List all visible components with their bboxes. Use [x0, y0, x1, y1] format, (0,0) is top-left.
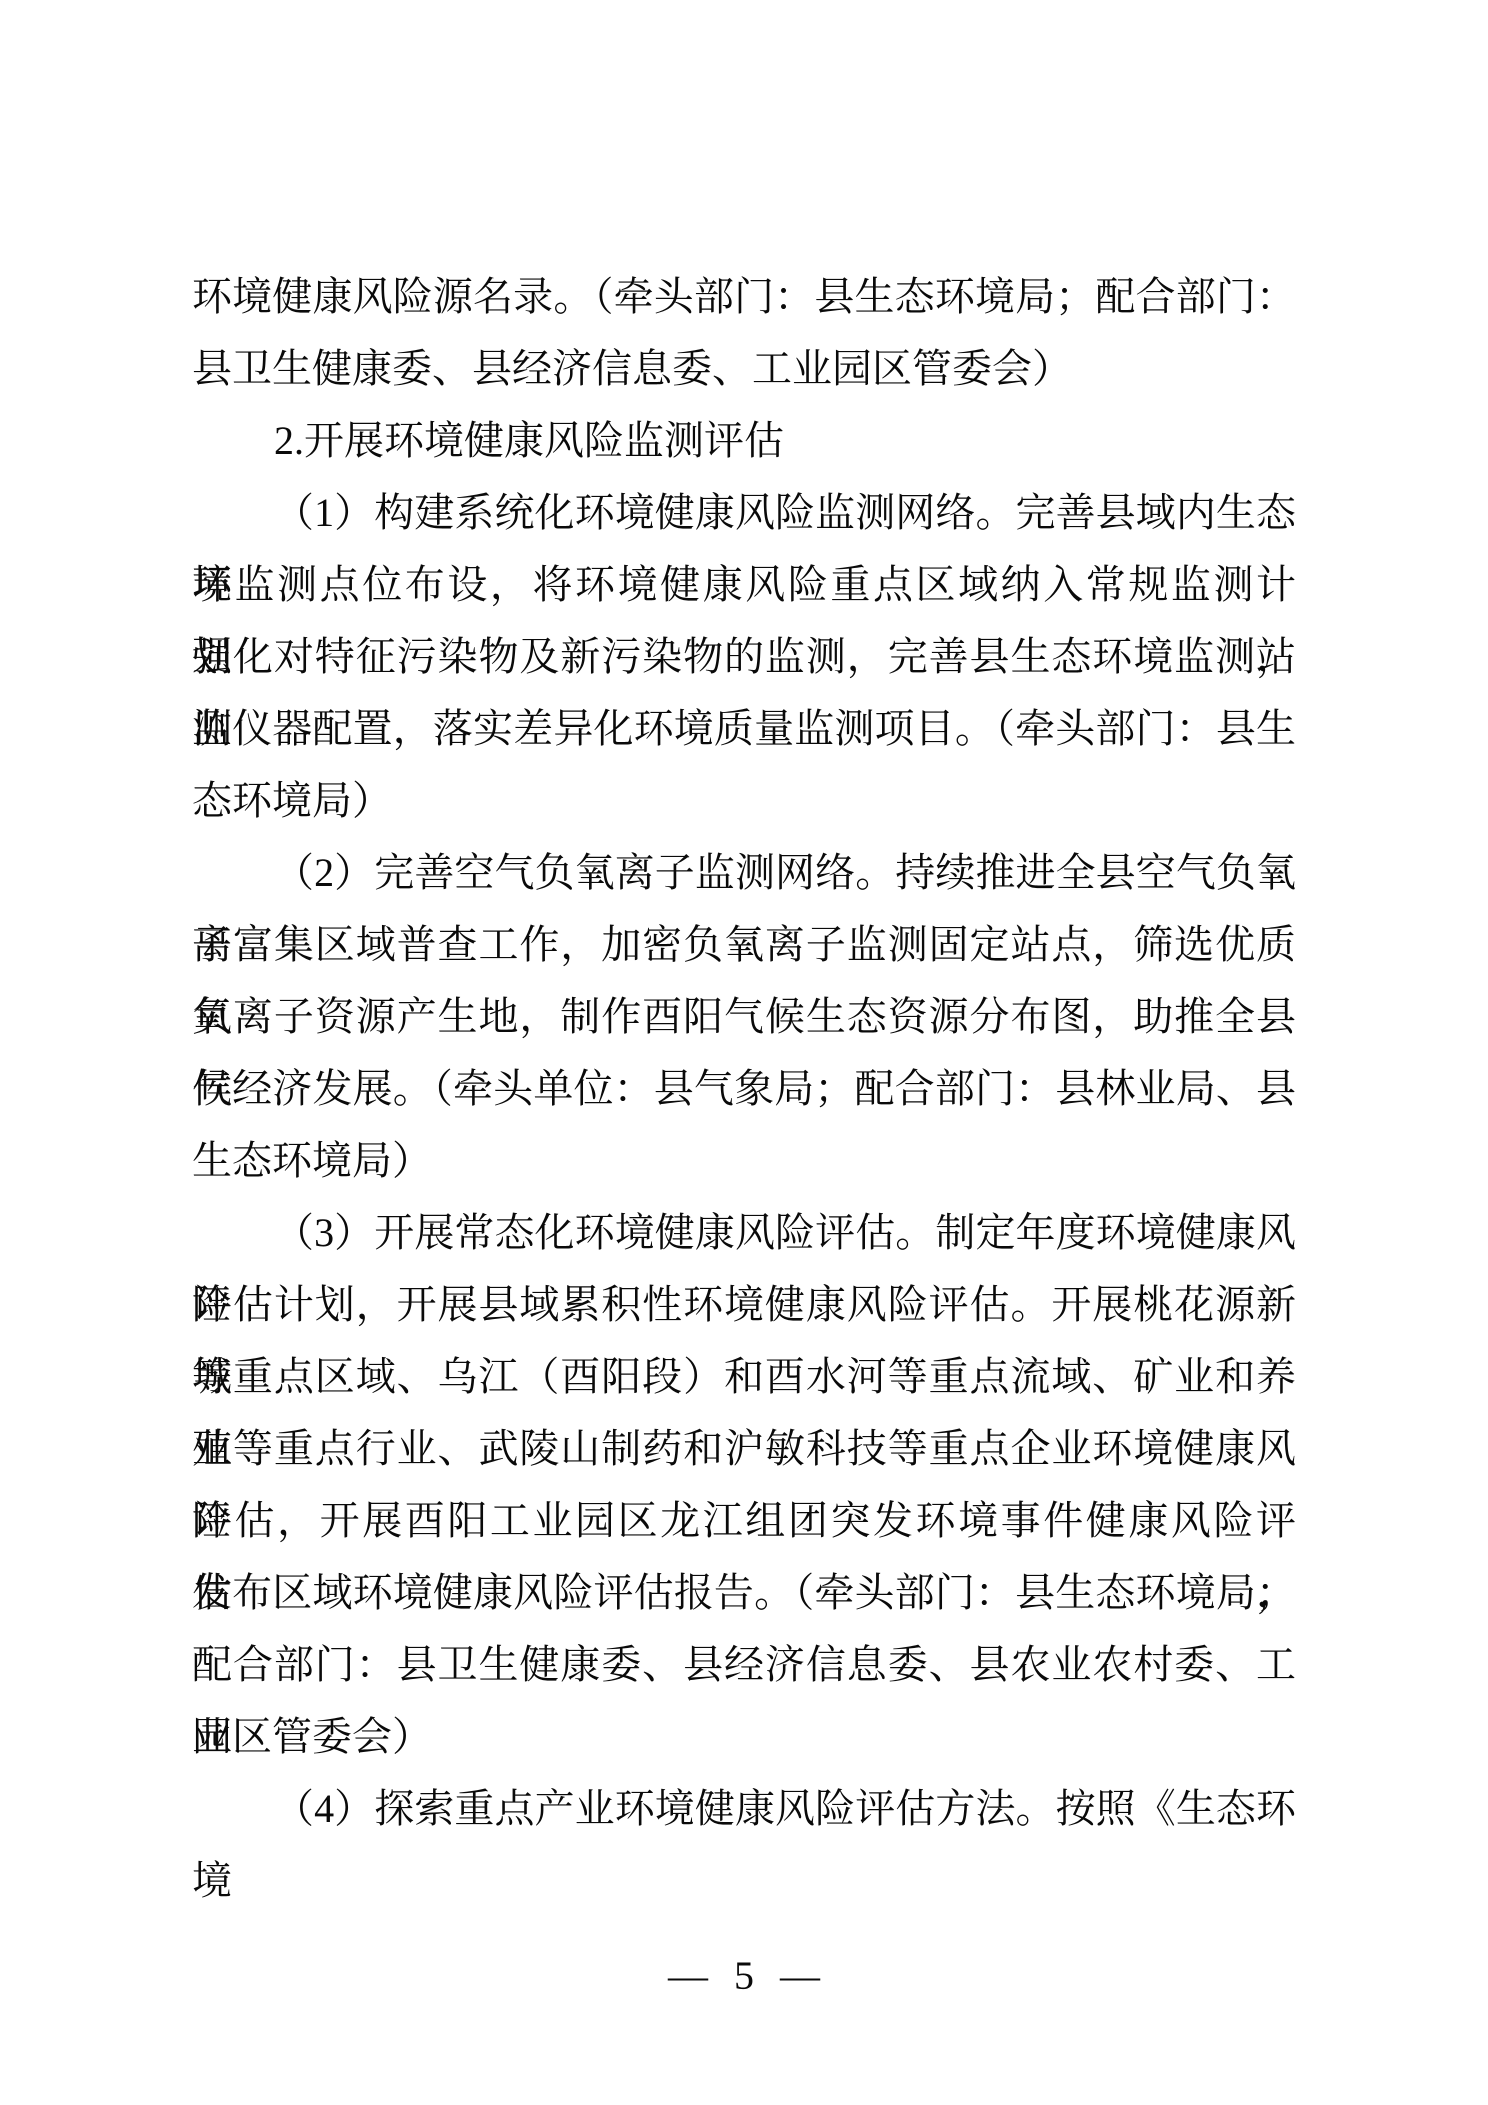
footer-dash-left: —: [668, 1952, 708, 1999]
text-line: 业等重点行业、武陵山制药和沪敏科技等重点企业环境健康风险: [192, 1413, 1296, 1485]
document-body: 环境健康风险源名录。（牵头部门：县生态环境局；配合部门：县卫生健康委、县经济信息…: [192, 261, 1296, 1845]
page-footer: — 5 —: [0, 1952, 1488, 1998]
text-line: （3）开展常态化环境健康风险评估。制定年度环境健康风险: [192, 1197, 1296, 1269]
text-line: 生态环境局）: [192, 1125, 1296, 1197]
text-line: 发布区域环境健康风险评估报告。（牵头部门：县生态环境局；: [192, 1557, 1296, 1629]
text-line: 测仪器配置，落实差异化环境质量监测项目。（牵头部门：县生: [192, 693, 1296, 765]
text-line: 候经济发展。（牵头单位：县气象局；配合部门：县林业局、县: [192, 1053, 1296, 1125]
text-line: 子富集区域普查工作，加密负氧离子监测固定站点，筛选优质负: [192, 909, 1296, 981]
text-line: 2.开展环境健康风险监测评估: [192, 405, 1296, 477]
text-line: 评估计划，开展县域累积性环境健康风险评估。开展桃花源新城: [192, 1269, 1296, 1341]
text-line: 园区管委会）: [192, 1701, 1296, 1773]
page-number: 5: [734, 1952, 754, 1999]
text-line: 强化对特征污染物及新污染物的监测，完善县生态环境监测站监: [192, 621, 1296, 693]
text-line: （1）构建系统化环境健康风险监测网络。完善县域内生态环: [192, 477, 1296, 549]
text-line: 评估，开展酉阳工业园区龙江组团突发环境事件健康风险评估，: [192, 1485, 1296, 1557]
text-line: 境监测点位布设，将环境健康风险重点区域纳入常规监测计划，: [192, 549, 1296, 621]
text-line: 氧离子资源产生地，制作酉阳气候生态资源分布图，助推全县气: [192, 981, 1296, 1053]
text-line: 等重点区域、乌江（酉阳段）和酉水河等重点流域、矿业和养殖: [192, 1341, 1296, 1413]
text-line: 县卫生健康委、县经济信息委、工业园区管委会）: [192, 333, 1296, 405]
text-line: 态环境局）: [192, 765, 1296, 837]
text-line: （4）探索重点产业环境健康风险评估方法。按照《生态环境: [192, 1773, 1296, 1845]
footer-dash-right: —: [780, 1952, 820, 1999]
document-page: 环境健康风险源名录。（牵头部门：县生态环境局；配合部门：县卫生健康委、县经济信息…: [0, 0, 1488, 2105]
text-line: 环境健康风险源名录。（牵头部门：县生态环境局；配合部门：: [192, 261, 1296, 333]
text-line: （2）完善空气负氧离子监测网络。持续推进全县空气负氧离: [192, 837, 1296, 909]
text-line: 配合部门：县卫生健康委、县经济信息委、县农业农村委、工业: [192, 1629, 1296, 1701]
